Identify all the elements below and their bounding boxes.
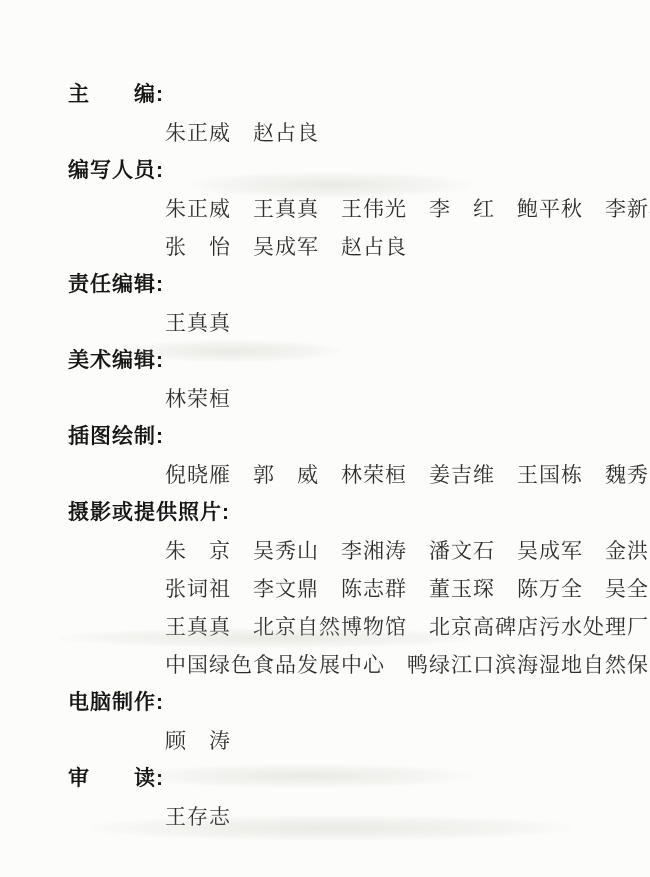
names-line: 朱正威 王真真 王伟光 李 红 鲍平秋 李新花 — [165, 190, 634, 228]
section-label-illustrations: 插图绘制: — [68, 418, 634, 456]
names-line: 林荣桓 — [165, 380, 634, 418]
names-line: 顾 涛 — [165, 722, 634, 760]
section-label-responsible-editor: 责任编辑: — [68, 266, 634, 304]
section-photography: 摄影或提供照片: 朱 京 吴秀山 李湘涛 潘文石 吴成军 金洪学 张词祖 李文鼎… — [68, 494, 634, 684]
section-label-writing-staff: 编写人员: — [68, 152, 634, 190]
section-writing-staff: 编写人员: 朱正威 王真真 王伟光 李 红 鲍平秋 李新花 张 怡 吴成军 赵占… — [68, 152, 634, 266]
names-line: 王存志 — [165, 798, 634, 836]
section-label-computer-production: 电脑制作: — [68, 684, 634, 722]
names-line: 朱 京 吴秀山 李湘涛 潘文石 吴成军 金洪学 — [165, 532, 634, 570]
names-line: 张词祖 李文鼎 陈志群 董玉琛 陈万全 吴全安 — [165, 570, 634, 608]
section-reviewer: 审 读: 王存志 — [68, 760, 634, 836]
section-illustrations: 插图绘制: 倪晓雁 郭 威 林荣桓 姜吉维 王国栋 魏秀怡 — [68, 418, 634, 494]
names-line: 张 怡 吴成军 赵占良 — [165, 228, 634, 266]
section-computer-production: 电脑制作: 顾 涛 — [68, 684, 634, 760]
section-label-chief-editor: 主 编: — [68, 76, 634, 114]
names-line: 倪晓雁 郭 威 林荣桓 姜吉维 王国栋 魏秀怡 — [165, 456, 634, 494]
names-line: 王真真 — [165, 304, 634, 342]
section-art-editor: 美术编辑: 林荣桓 — [68, 342, 634, 418]
section-label-photography: 摄影或提供照片: — [68, 494, 634, 532]
book-credits-page: 主 编: 朱正威 赵占良 编写人员: 朱正威 王真真 王伟光 李 红 鲍平秋 李… — [0, 0, 650, 877]
names-line: 中国绿色食品发展中心 鸭绿江口滨海湿地自然保护区 — [165, 646, 634, 684]
section-chief-editor: 主 编: 朱正威 赵占良 — [68, 76, 634, 152]
section-label-reviewer: 审 读: — [68, 760, 634, 798]
names-line: 王真真 北京自然博物馆 北京高碑店污水处理厂 — [165, 608, 634, 646]
names-line: 朱正威 赵占良 — [165, 114, 634, 152]
section-responsible-editor: 责任编辑: 王真真 — [68, 266, 634, 342]
section-label-art-editor: 美术编辑: — [68, 342, 634, 380]
